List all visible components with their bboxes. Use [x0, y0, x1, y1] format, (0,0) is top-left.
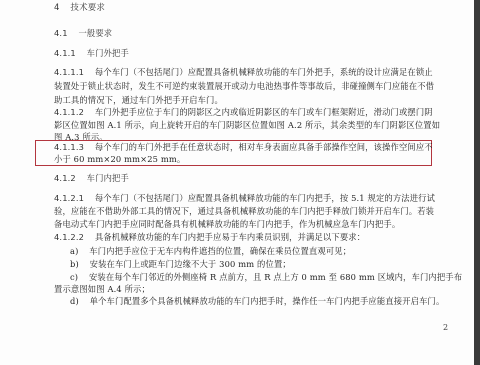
paragraph-line: 装置处于锁止状态时，发生不可逆约束装置展开或动力电池热事件等事故后，非碰撞侧车门…	[54, 81, 434, 92]
clause-heading-4-1-1: 4.1.1 车门外把手	[54, 48, 129, 59]
clause-4-1-2-2: 4.1.2.2 具备机械释放功能的车门内把手应易于车内乘员识别，并满足以下要求：	[54, 232, 365, 243]
clause-4-1-1-3: 4.1.1.3 每个车门的车门外把手在任意状态时，相对车身表面应具备手部操作空间…	[54, 142, 433, 153]
list-item-a: a) 车门内把手应位于无车内构件遮挡的位置，确保在乘员位置直观可见；	[70, 246, 351, 257]
clause-heading-4-1-2: 4.1.2 车门内把手	[54, 173, 129, 184]
paragraph-line: 影区位置如图 A.1 所示，向上旋转开启的车门阴影区位置如图 A.2 所示，其余…	[54, 120, 440, 131]
list-item-c: c) 安装在每个车门邻近的外侧座椅 R 点前方，且 R 点上方 0 mm 至 6…	[70, 272, 462, 283]
list-item-b: b) 安装在车门上或距车门边缘不大于 300 mm 的位置；	[70, 259, 291, 270]
paragraph-line: 备电动式车门内把手应同时配备具有机械释放功能的车门内把手，作为机械应急车门内把手…	[54, 219, 400, 230]
subsection-heading: 4.1 一般要求	[54, 28, 112, 39]
paragraph-line: 验，应能在不借助外部工具的情况下，通过具备机械释放功能的车门内把手释放门锁并开启…	[54, 206, 434, 217]
section-heading: 4 技术要求	[54, 3, 105, 14]
page-number: 2	[443, 323, 448, 332]
document-page: 4 技术要求 4.1 一般要求 4.1.1 车门外把手 4.1.1.1 每个车门…	[0, 0, 474, 365]
clause-4-1-1-2: 4.1.1.2 车门外把手应位于车门的阴影区之内或临近阴影区的车门或车门框架附近…	[54, 107, 433, 118]
paragraph-line: 小于 60 mm×20 mm×25 mm。	[54, 154, 185, 165]
paragraph-line: 置示意图如图 A.4 所示；	[54, 284, 150, 295]
clause-4-1-1-1: 4.1.1.1 每个车门（不包括尾门）应配置具备机械释放功能的车门外把手，系统的…	[54, 67, 433, 78]
scrollbar[interactable]	[474, 0, 480, 365]
paragraph-line: 助工具的情况下，通过车门外把手开启车门。	[54, 95, 223, 106]
clause-4-1-2-1: 4.1.2.1 每个车门（不包括尾门）应配置具备机械释放功能的车门内把手，按 5…	[54, 193, 435, 204]
list-item-d: d) 单个车门配置多个具备机械释放功能的车门内把手时，操作任一车门内把手应能直接…	[70, 296, 444, 307]
